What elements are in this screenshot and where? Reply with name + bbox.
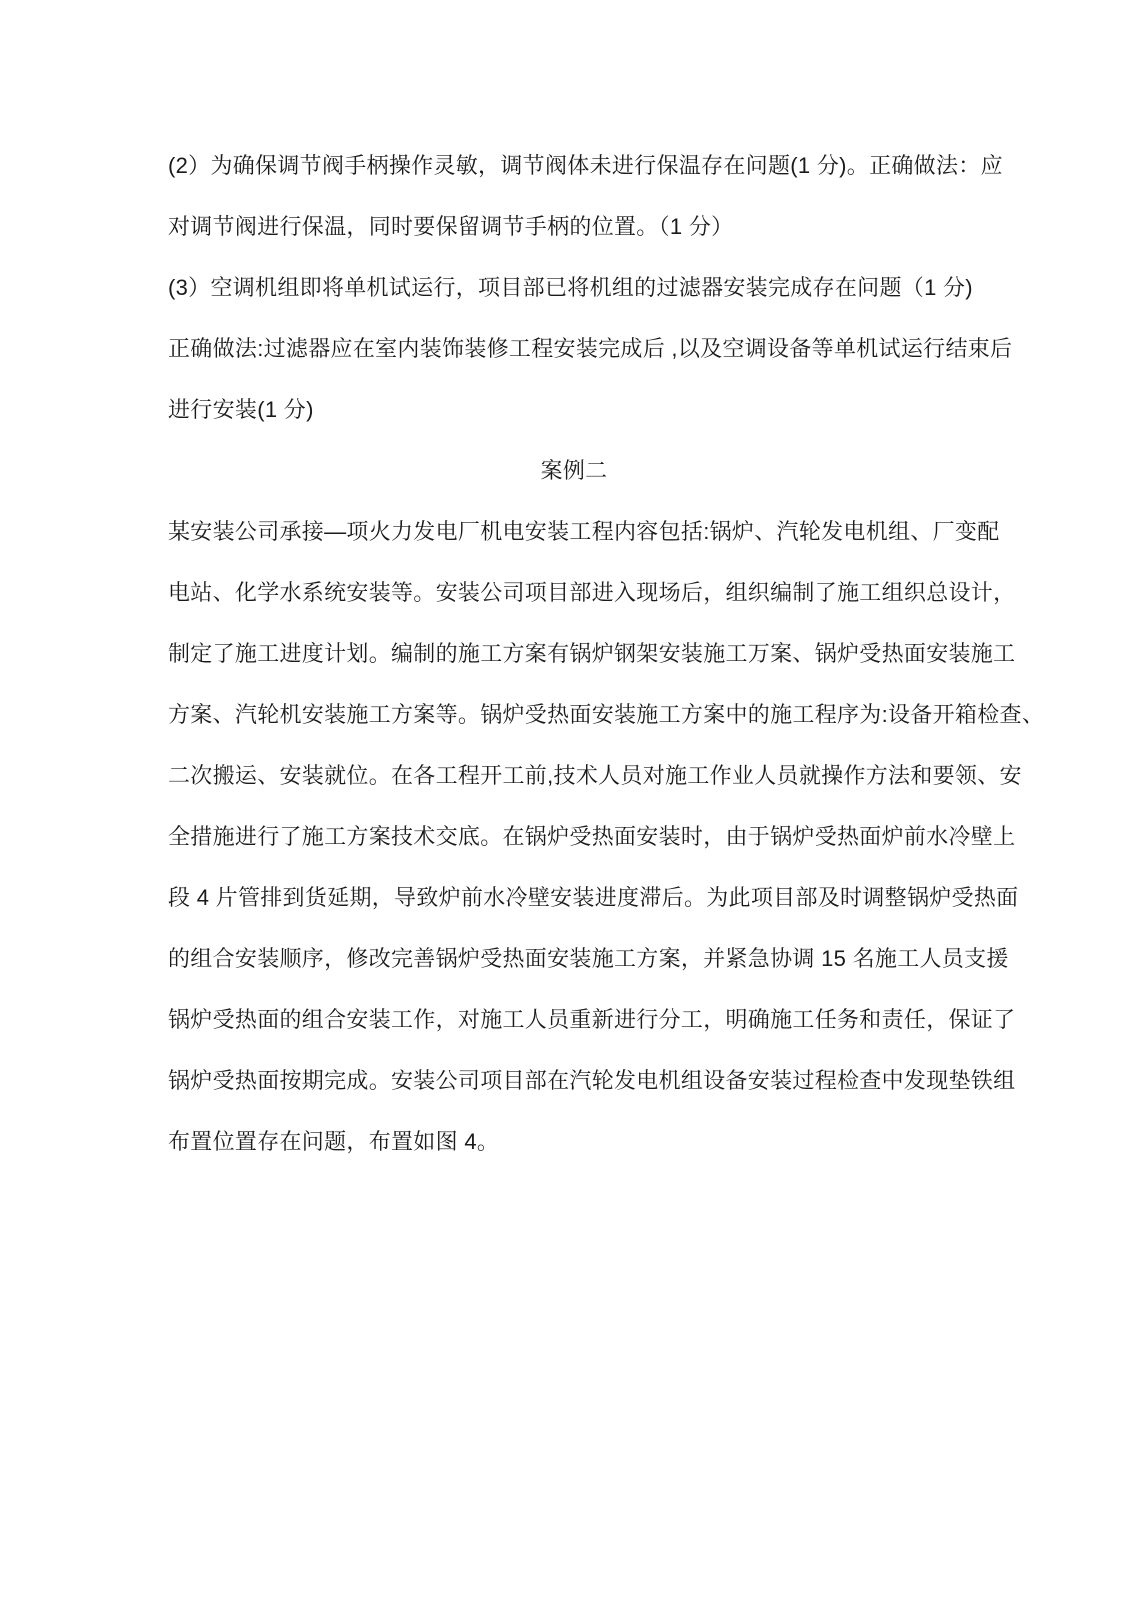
case-2-body-line-8: 的组合安装顺序，修改完善锅炉受热面安装施工方案，并紧急协调 15 名施工人员支援: [168, 928, 980, 989]
case-2-body-line-1: 某安装公司承接—项火力发电厂机电安装工程内容包括:锅炉、汽轮发电机组、厂变配: [168, 501, 980, 562]
answer-item-2-line-2: 对调节阀进行保温，同时要保留调节手柄的位置。（1 分）: [168, 196, 980, 257]
case-2-body-line-6: 全措施进行了施工方案技术交底。在锅炉受热面安装时，由于锅炉受热面炉前水冷壁上: [168, 806, 980, 867]
section-heading-case-2: 案例二: [168, 440, 980, 501]
answer-item-3-line-3: 进行安装(1 分): [168, 379, 980, 440]
case-2-body-line-4: 方案、汽轮机安装施工方案等。锅炉受热面安装施工方案中的施工程序为:设备开箱检查、: [168, 684, 980, 745]
case-2-body-line-10: 锅炉受热面按期完成。安装公司项目部在汽轮发电机组设备安装过程检查中发现垫铁组: [168, 1050, 980, 1111]
answer-item-2-line-1: (2）为确保调节阀手柄操作灵敏，调节阀体未进行保温存在问题(1 分)。正确做法：…: [168, 135, 980, 196]
case-2-body-line-7: 段 4 片管排到货延期，导致炉前水冷壁安装进度滞后。为此项目部及时调整锅炉受热面: [168, 867, 980, 928]
case-2-body-line-9: 锅炉受热面的组合安装工作，对施工人员重新进行分工，明确施工任务和责任，保证了: [168, 989, 980, 1050]
case-2-body-line-5: 二次搬运、安装就位。在各工程开工前,技术人员对施工作业人员就操作方法和要领、安: [168, 745, 980, 806]
document-page: (2）为确保调节阀手柄操作灵敏，调节阀体未进行保温存在问题(1 分)。正确做法：…: [0, 0, 1131, 1600]
case-2-body-line-11: 布置位置存在问题，布置如图 4。: [168, 1111, 980, 1172]
document-text-block: (2）为确保调节阀手柄操作灵敏，调节阀体未进行保温存在问题(1 分)。正确做法：…: [168, 135, 980, 1172]
case-2-body-line-3: 制定了施工进度计划。编制的施工方案有锅炉钢架安装施工万案、锅炉受热面安装施工: [168, 623, 980, 684]
answer-item-3-line-1: (3）空调机组即将单机试运行，项目部已将机组的过滤器安装完成存在问题（1 分): [168, 257, 980, 318]
case-2-body-line-2: 电站、化学水系统安装等。安装公司项目部进入现场后，组织编制了施工组织总设计，: [168, 562, 980, 623]
answer-item-3-line-2: 正确做法:过滤器应在室内装饰装修工程安装完成后 ,以及空调设备等单机试运行结束后: [168, 318, 980, 379]
